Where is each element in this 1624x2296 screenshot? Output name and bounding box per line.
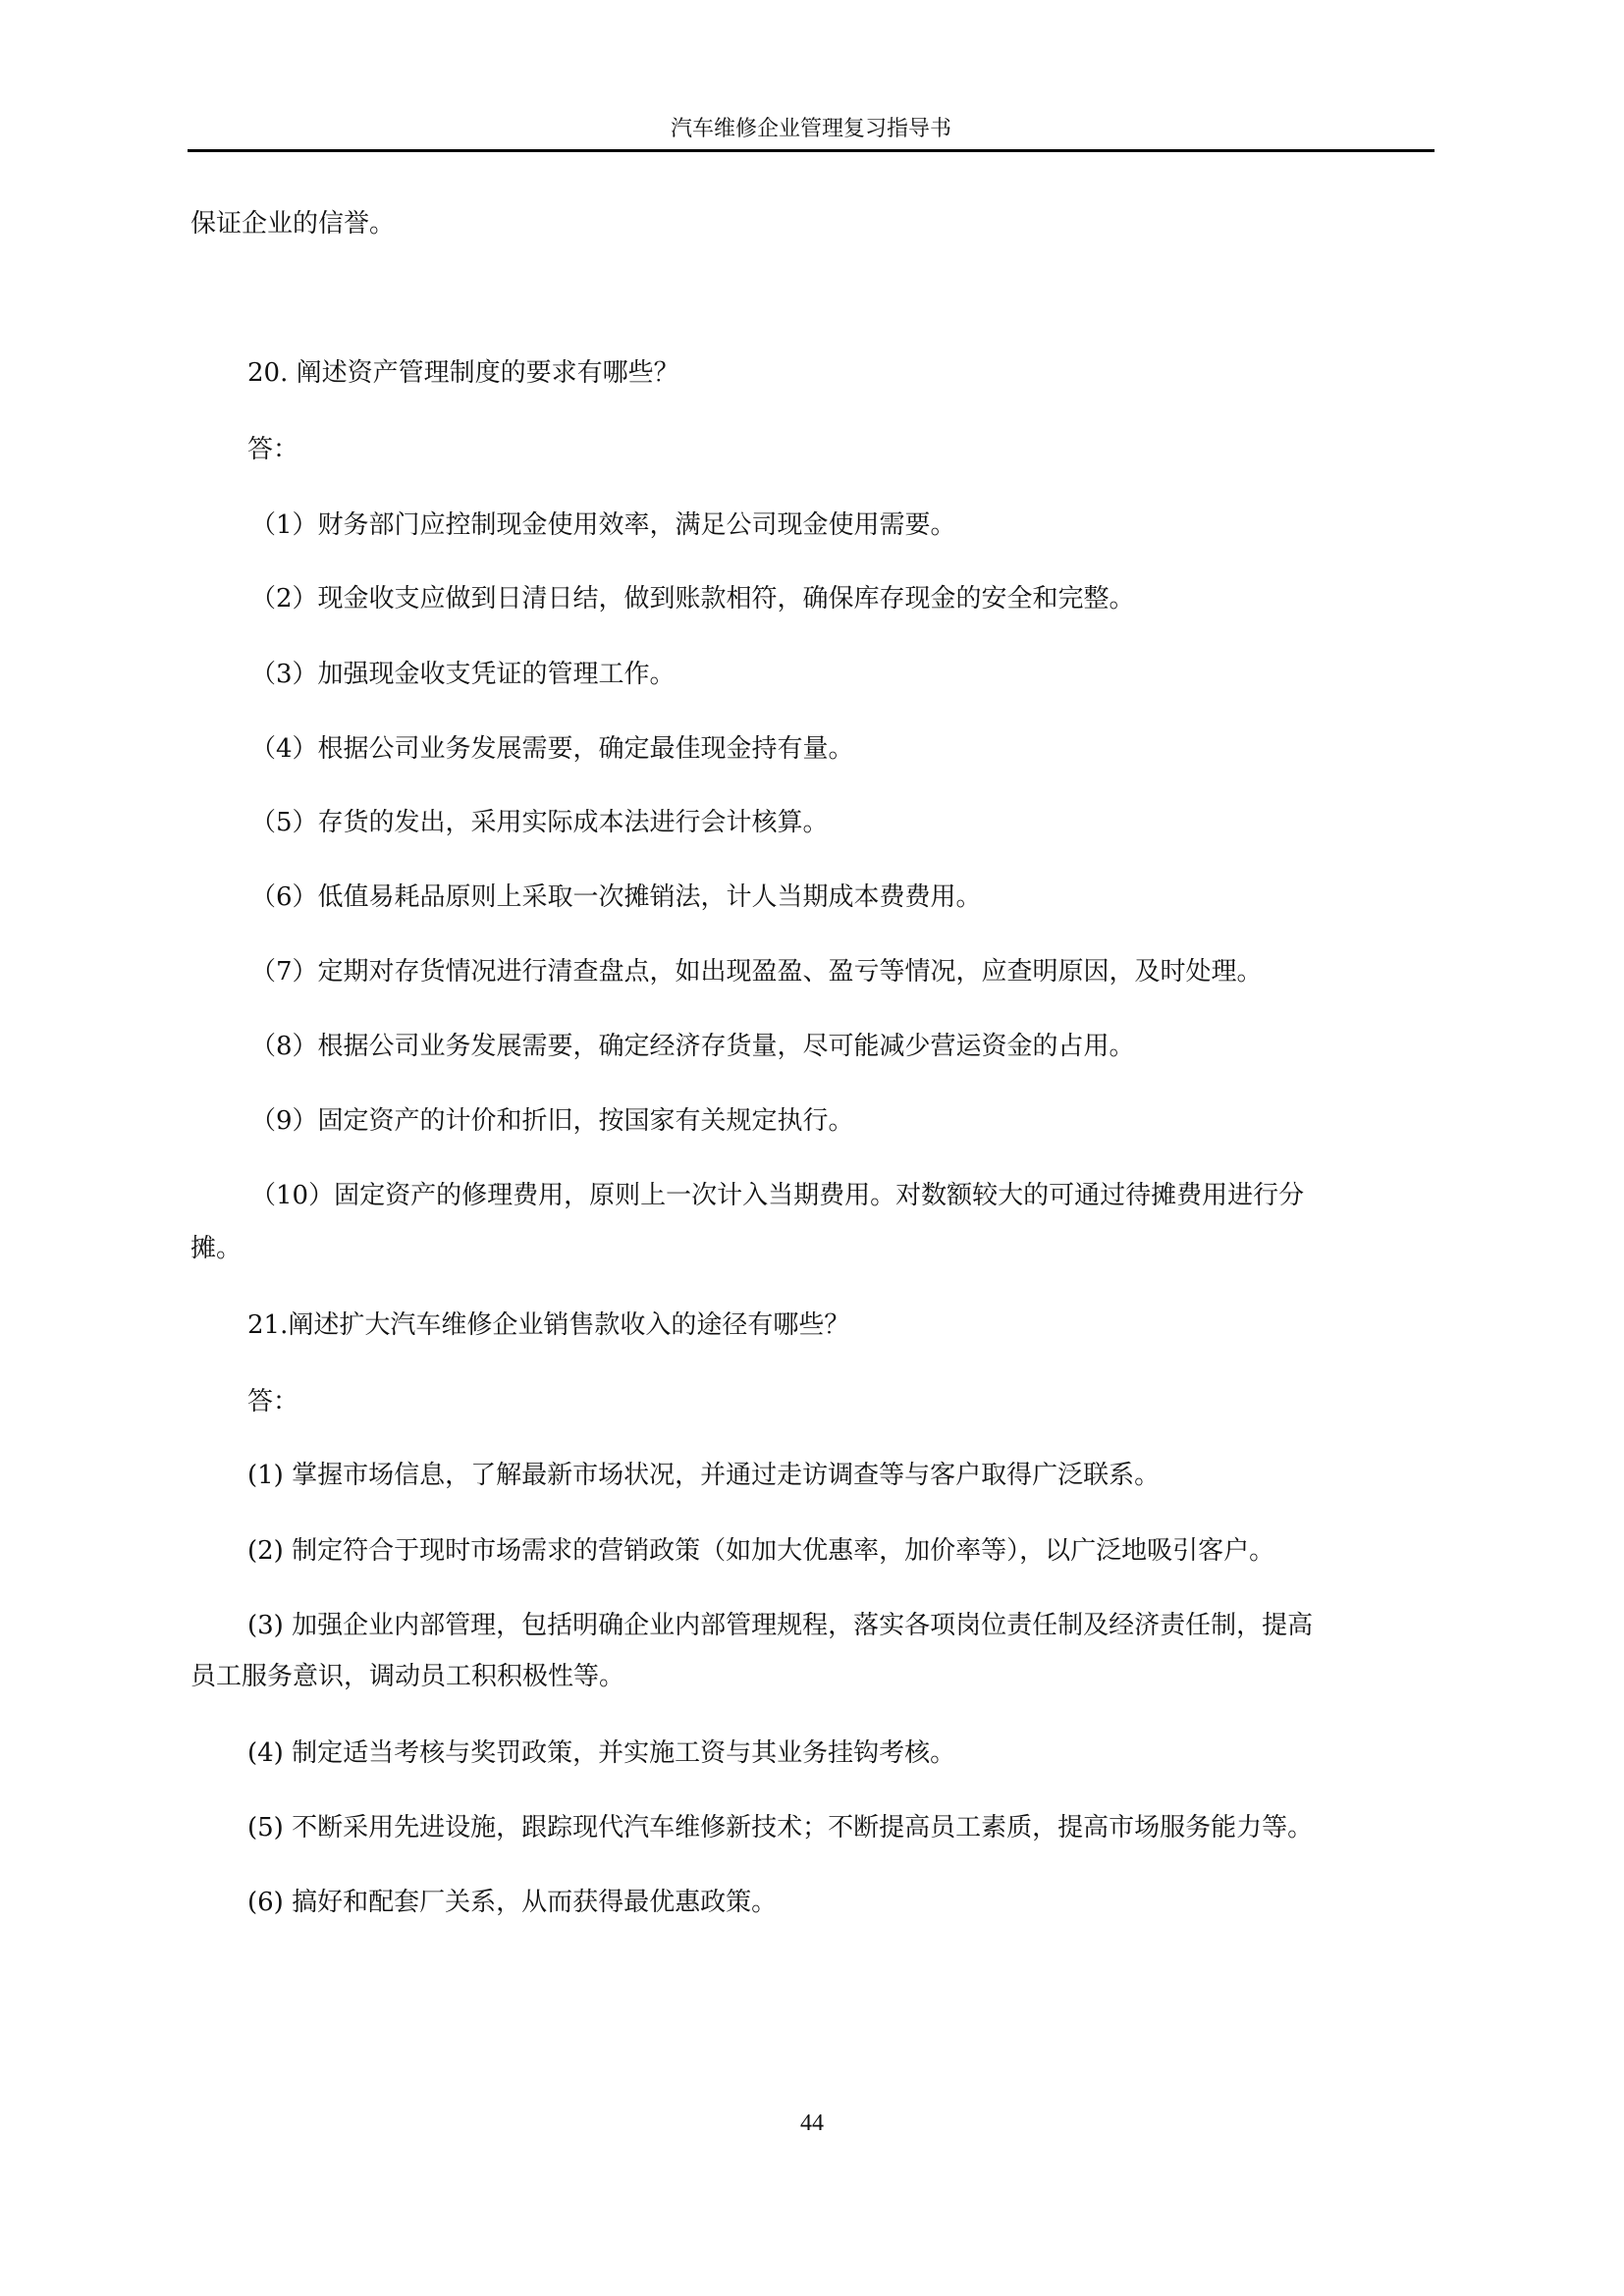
q20-item-8: （8）根据公司业务发展需要，确定经济存货量，尽可能减少营运资金的占用。 xyxy=(250,1029,1135,1064)
q21-item-6: (6) 搞好和配套厂关系，从而获得最优惠政策。 xyxy=(247,1885,777,1920)
running-header-title: 汽车维修企业管理复习指导书 xyxy=(188,114,1435,145)
q20-item-1: （1）财务部门应控制现金使用效率，满足公司现金使用需要。 xyxy=(250,507,956,543)
question-21-answer-label: 答： xyxy=(247,1384,298,1419)
continuation-text: 保证企业的信誉。 xyxy=(190,206,395,241)
q20-item-10-continuation: 摊。 xyxy=(190,1231,242,1266)
q20-item-9: （9）固定资产的计价和折旧，按国家有关规定执行。 xyxy=(250,1103,854,1139)
page-number: 44 xyxy=(0,2109,1624,2138)
q21-item-3-continuation: 员工服务意识，调动员工积积极性等。 xyxy=(190,1659,624,1694)
header-divider xyxy=(188,149,1435,152)
q20-item-6: （6）低值易耗品原则上采取一次摊销法，计人当期成本费费用。 xyxy=(250,880,982,915)
q20-item-7: （7）定期对存货情况进行清查盘点，如出现盈盈、盈亏等情况，应查明原因，及时处理。 xyxy=(250,954,1263,989)
q20-item-5: （5）存货的发出，采用实际成本法进行会计核算。 xyxy=(250,805,829,840)
q21-item-4: (4) 制定适当考核与奖罚政策，并实施工资与其业务挂钩考核。 xyxy=(247,1735,955,1771)
q21-item-3: (3) 加强企业内部管理，包括明确企业内部管理规程，落实各项岗位责任制及经济责任… xyxy=(247,1608,1313,1643)
question-20-heading: 20. 阐述资产管理制度的要求有哪些？ xyxy=(247,355,679,391)
q21-item-5: (5) 不断采用先进设施，跟踪现代汽车维修新技术；不断提高员工素质，提高市场服务… xyxy=(247,1810,1313,1845)
q21-item-2: (2) 制定符合于现时市场需求的营销政策（如加大优惠率，加价率等），以广泛地吸引… xyxy=(247,1533,1274,1569)
question-21-heading: 21.阐述扩大汽车维修企业销售款收入的途径有哪些？ xyxy=(247,1308,849,1343)
question-20-answer-label: 答： xyxy=(247,432,298,467)
q20-item-2: （2）现金收支应做到日清日结，做到账款相符，确保库存现金的安全和完整。 xyxy=(250,581,1135,616)
q20-item-10: （10）固定资产的修理费用，原则上一次计入当期费用。对数额较大的可通过待摊费用进… xyxy=(250,1178,1304,1213)
q20-item-3: （3）加强现金收支凭证的管理工作。 xyxy=(250,657,676,692)
q20-item-4: （4）根据公司业务发展需要，确定最佳现金持有量。 xyxy=(250,731,854,767)
q21-item-1: (1) 掌握市场信息，了解最新市场状况，并通过走访调查等与客户取得广泛联系。 xyxy=(247,1458,1160,1493)
